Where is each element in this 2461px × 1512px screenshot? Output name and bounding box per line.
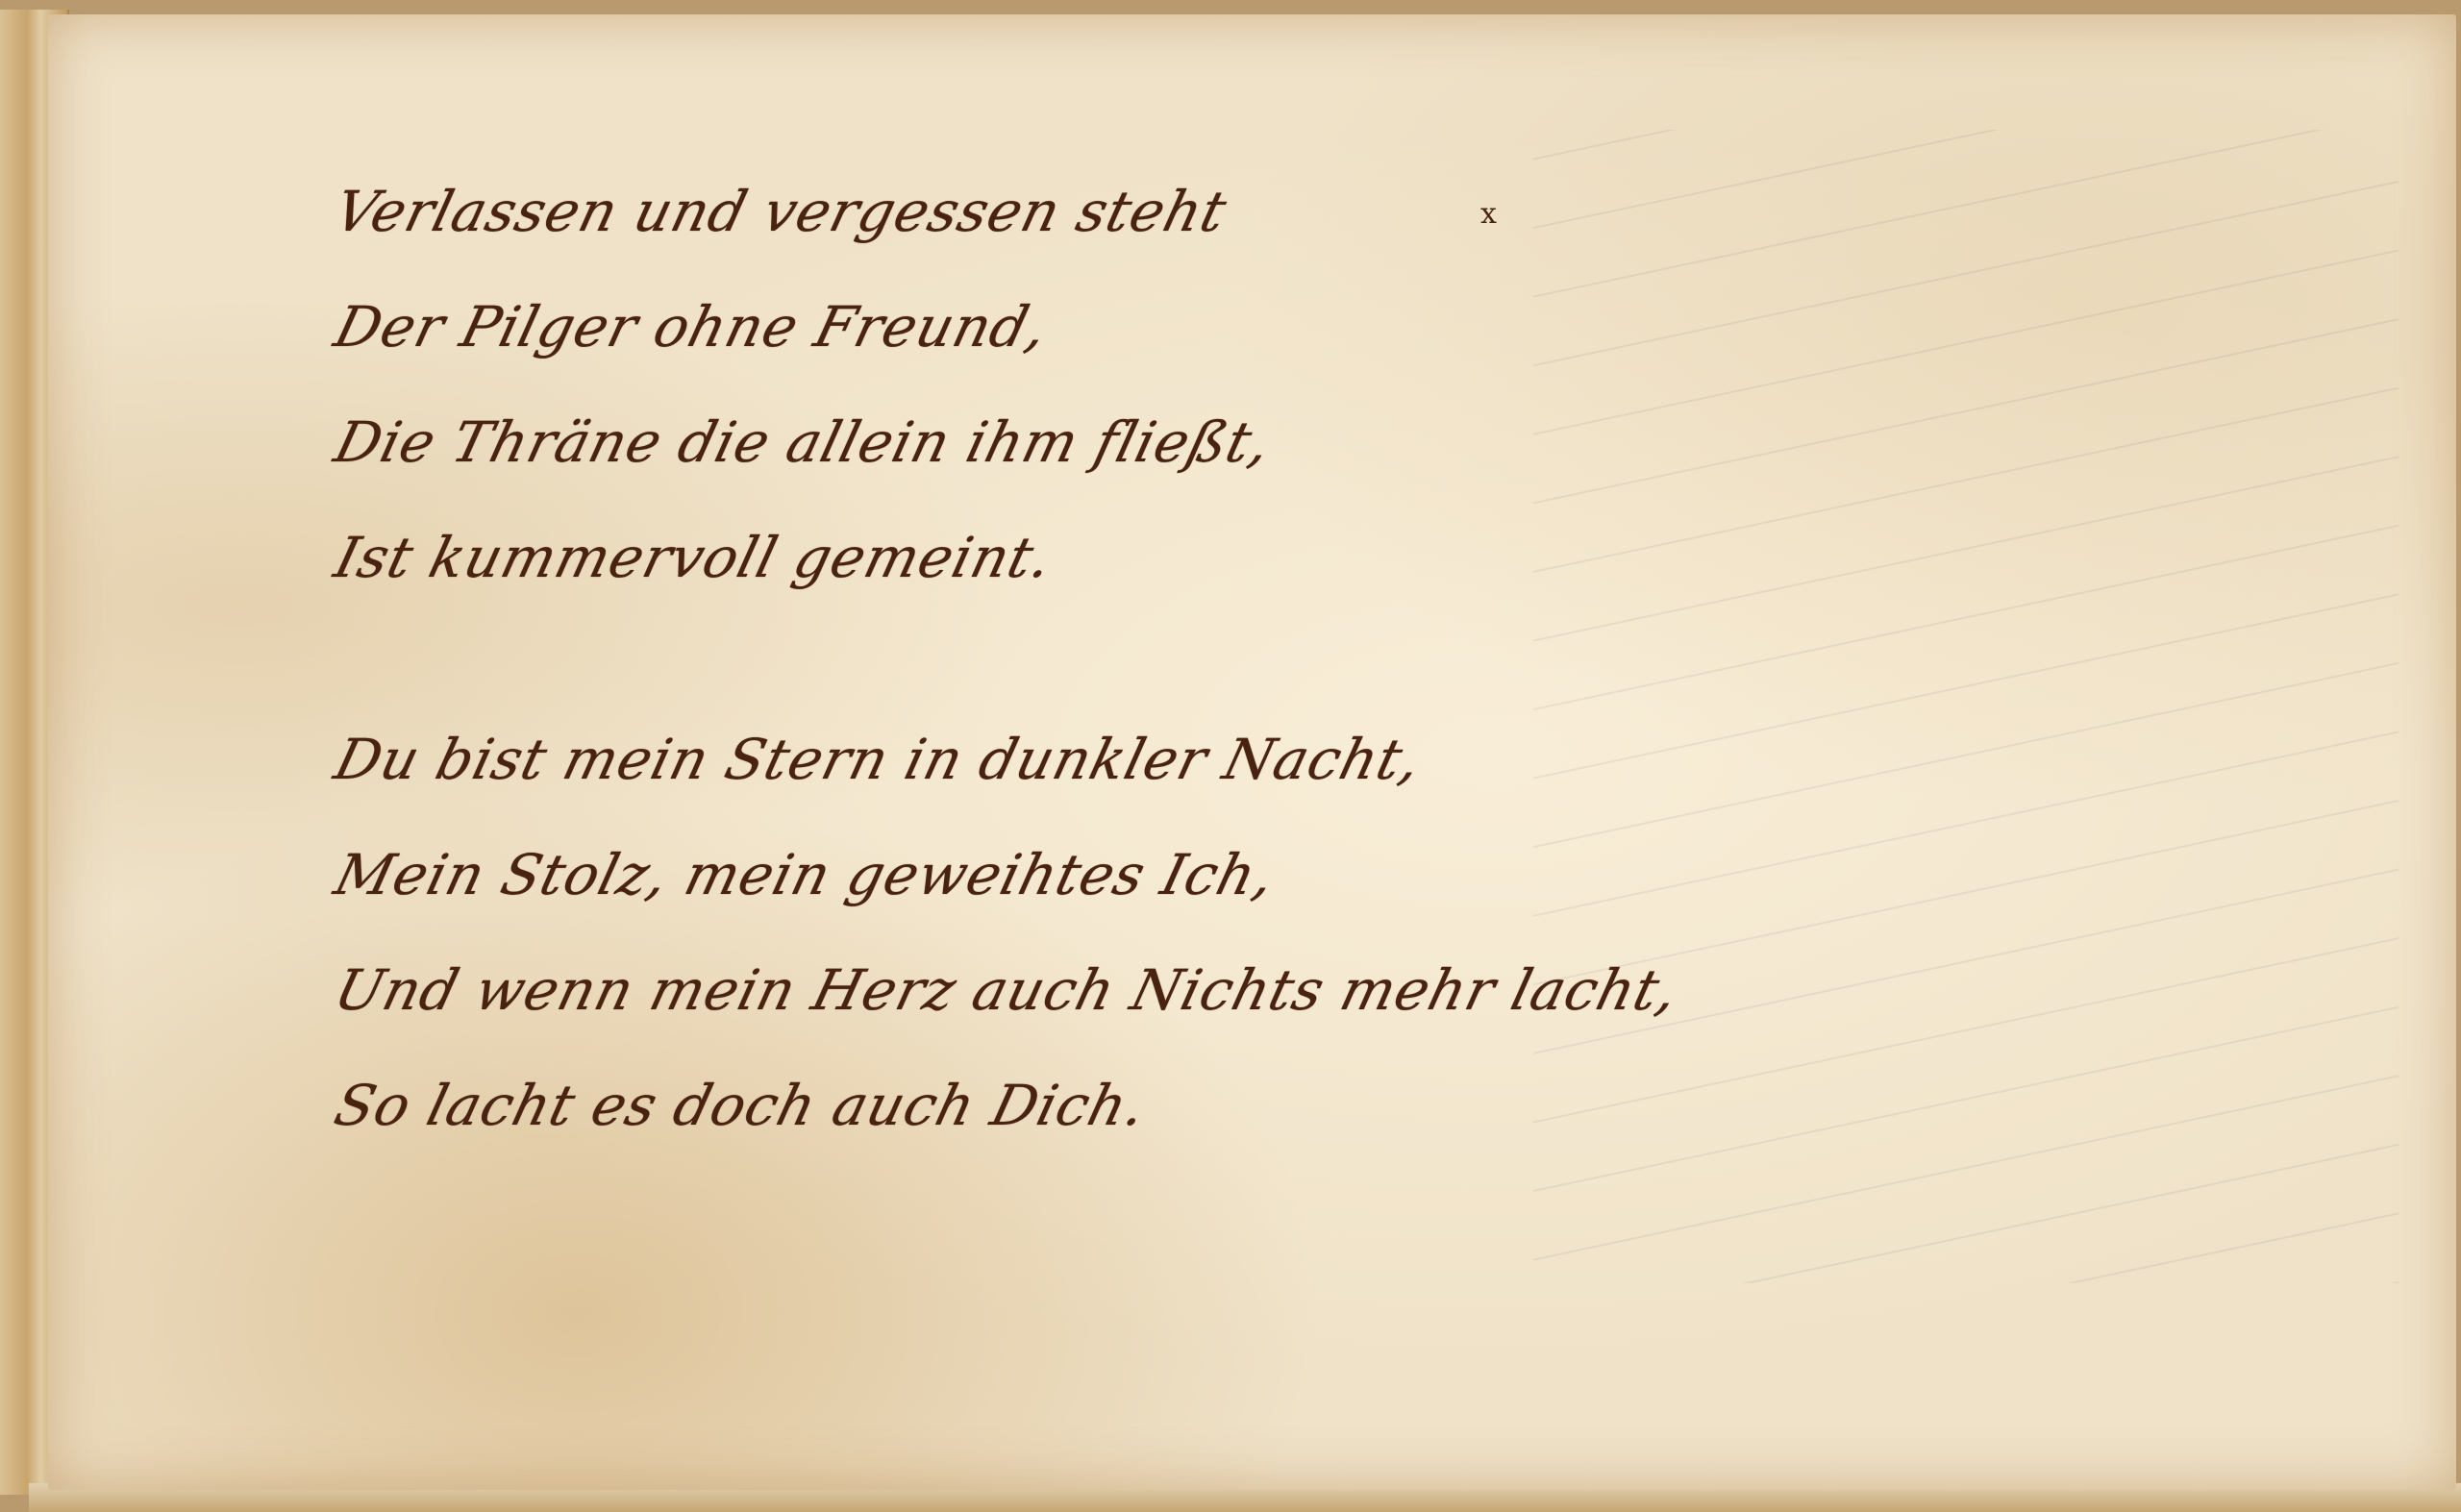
poem-line: Und wenn mein Herz auch Nichts mehr lach…: [322, 932, 1692, 1048]
poem-line: Der Pilger ohne Freund,: [322, 269, 1692, 384]
poem: Verlassen und vergessen steht Der Pilger…: [336, 154, 1678, 1250]
stanza-1: Verlassen und vergessen steht Der Pilger…: [336, 154, 1678, 615]
poem-line: Mein Stolz, mein geweihtes Ich,: [322, 817, 1692, 932]
margin-x-mark: x: [1480, 197, 1497, 231]
poem-line: Die Thräne die allein ihm fließt,: [322, 384, 1692, 500]
poem-line: So lacht es doch auch Dich.: [322, 1048, 1692, 1163]
poem-line: Ist kummervoll gemeint.: [322, 500, 1692, 615]
stanza-2: Du bist mein Stern in dunkler Nacht, Mei…: [336, 702, 1678, 1163]
poem-line: Du bist mein Stern in dunkler Nacht,: [322, 702, 1692, 817]
